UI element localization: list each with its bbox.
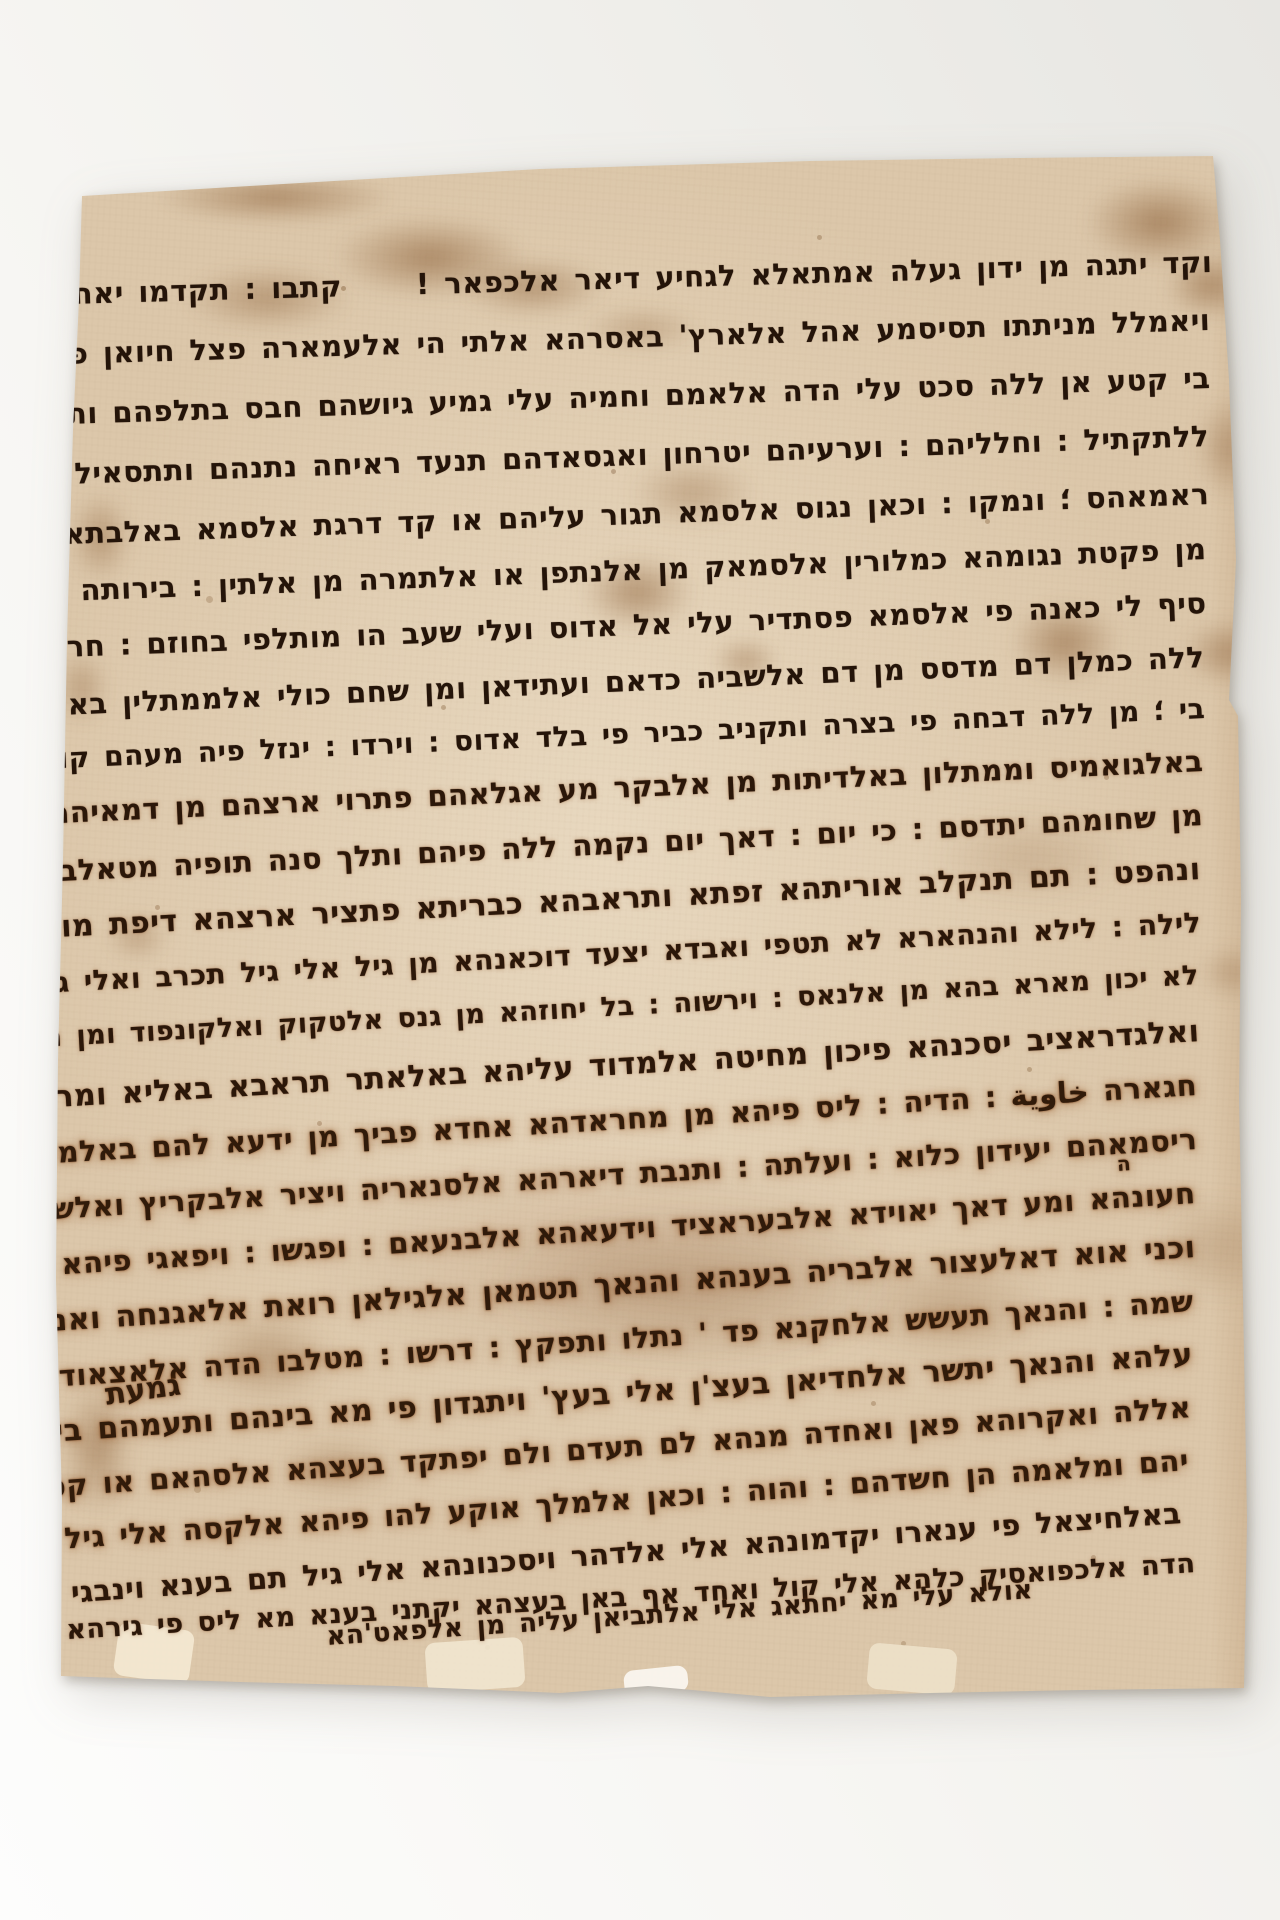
manuscript-line-2: ויאמלל מניתתו תסיסמע אהל אלארץ' באסרהא א… bbox=[0, 303, 1211, 373]
manuscript-text: וקד יתגה מן ידון געלה אמתאלא לגחיע דיאר … bbox=[0, 0, 1280, 1920]
manuscript-line-1: וקד יתגה מן ידון געלה אמתאלא לגחיע דיאר … bbox=[0, 245, 1213, 316]
manuscript-paper: וקד יתגה מן ידון געלה אמתאלא לגחיע דיאר … bbox=[0, 0, 1280, 1920]
paper-speckles bbox=[0, 0, 3, 3]
manuscript-line-3: בי קטע אן ללה סכט עלי הדה אלאמם וחמיה על… bbox=[0, 361, 1211, 434]
photograph-background: וקד יתגה מן ידון געלה אמתאלא לגחיע דיאר … bbox=[0, 0, 1280, 1920]
floating-word-2: ה bbox=[1116, 1151, 1131, 1176]
manuscript-page: וקד יתגה מן ידון געלה אמתאלא לגחיע דיאר … bbox=[0, 0, 1280, 1920]
